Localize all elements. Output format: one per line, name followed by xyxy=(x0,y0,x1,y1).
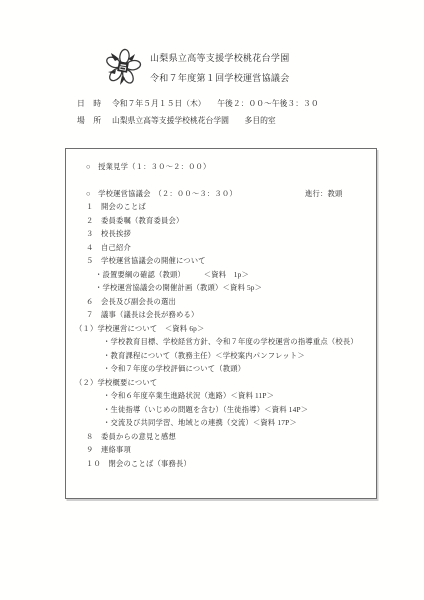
date-value: 令和７年５月１５日（木） 午後２：００～午後３：３０ xyxy=(112,99,319,108)
agenda-line-text: （２）学校概要について xyxy=(75,378,157,387)
agenda-line-text: ・令和６年度卒業生進路状況（進路）＜資料 11P＞ xyxy=(103,391,274,400)
agenda-box: ○ 授業見学（１：３０～２：００）○ 学校運営協議会 （２：００～３：３０）進行… xyxy=(65,148,377,499)
agenda-line-text: ・学校運営協議会の開催計画（教頭）＜資料 5p＞ xyxy=(95,283,262,292)
agenda-line-text: ・学校教育目標、学校経営方針、令和７年度の学校運営の指導重点（校長） xyxy=(103,337,358,346)
agenda-line-text: ４ 自己紹介 xyxy=(86,243,131,252)
agenda-line-text: ・令和７年度の学校評価について（教頭） xyxy=(103,364,245,373)
school-flower-emblem-icon xyxy=(104,45,142,91)
place-label: 場 所 xyxy=(77,112,112,129)
agenda-line: ・設置要綱の確認（教頭） ＜資料 1p＞ xyxy=(66,268,376,282)
agenda-line: ７ 議事（議長は会長が務める） xyxy=(66,308,376,322)
agenda-line-text: ３ 校長挨拶 xyxy=(86,229,131,238)
meta-place-row: 場 所山梨県立高等支援学校桃花台学園 多目的室 xyxy=(77,112,319,129)
agenda-line: ３ 校長挨拶 xyxy=(66,227,376,241)
agenda-line: ・令和７年度の学校評価について（教頭） xyxy=(66,362,376,376)
document-title-line-2: 令和７年度第１回学校運営協議会 xyxy=(150,68,290,88)
document-header: 山梨県立高等支援学校桃花台学園 令和７年度第１回学校運営協議会 xyxy=(104,45,290,91)
agenda-line-text: ○ 学校運営協議会 （２：００～３：３０） xyxy=(86,189,237,198)
agenda-line: ８ 委員からの意見と感想 xyxy=(66,430,376,444)
agenda-line: ２ 委員委嘱（教育委員会） xyxy=(66,214,376,228)
document-page: 山梨県立高等支援学校桃花台学園 令和７年度第１回学校運営協議会 日 時令和７年５… xyxy=(0,0,424,600)
agenda-line: ○ 授業見学（１：３０～２：００） xyxy=(66,160,376,174)
agenda-line: ・教育課程について（教務主任）＜学校案内パンフレット＞ xyxy=(66,349,376,363)
agenda-line: ４ 自己紹介 xyxy=(66,241,376,255)
document-title-line-1: 山梨県立高等支援学校桃花台学園 xyxy=(150,48,290,68)
place-value: 山梨県立高等支援学校桃花台学園 多目的室 xyxy=(112,116,276,125)
agenda-line-text: ・生徒指導（いじめの問題を含む）（生徒指導）＜資料 14P＞ xyxy=(103,405,308,414)
agenda-line: ・交流及び共同学習、地域との連携（交流）＜資料 17P＞ xyxy=(66,416,376,430)
agenda-line: ・学校教育目標、学校経営方針、令和７年度の学校運営の指導重点（校長） xyxy=(66,335,376,349)
agenda-line-text: ８ 委員からの意見と感想 xyxy=(86,432,176,441)
moderator-note: 進行：教頭 xyxy=(305,187,342,201)
agenda-line: １０ 閉会のことば（事務長） xyxy=(66,457,376,471)
agenda-line-text: ７ 議事（議長は会長が務める） xyxy=(86,310,198,319)
agenda-line: ・令和６年度卒業生進路状況（進路）＜資料 11P＞ xyxy=(66,389,376,403)
agenda-line: ○ 学校運営協議会 （２：００～３：３０）進行：教頭 xyxy=(66,187,376,201)
agenda-line-text: ５ 学校運営協議会の開催について xyxy=(86,256,206,265)
agenda-line-text: ・教育課程について（教務主任）＜学校案内パンフレット＞ xyxy=(103,351,305,360)
agenda-line-text: ２ 委員委嘱（教育委員会） xyxy=(86,216,183,225)
agenda-line-text: ９ 連絡事項 xyxy=(86,445,131,454)
agenda-line: ・学校運営協議会の開催計画（教頭）＜資料 5p＞ xyxy=(66,281,376,295)
date-label: 日 時 xyxy=(77,95,112,112)
agenda-line-text: １０ 閉会のことば（事務長） xyxy=(86,459,191,468)
meta-date-row: 日 時令和７年５月１５日（木） 午後２：００～午後３：３０ xyxy=(77,95,319,112)
agenda-line: １ 開会のことば xyxy=(66,200,376,214)
agenda-line-text: ・交流及び共同学習、地域との連携（交流）＜資料 17P＞ xyxy=(103,418,297,427)
agenda-line-text: ６ 会長及び副会長の選出 xyxy=(86,297,176,306)
agenda-line: （２）学校概要について xyxy=(66,376,376,390)
agenda-line: （１）学校運営について ＜資料 6p＞ xyxy=(66,322,376,336)
agenda-line-text: ・設置要綱の確認（教頭） ＜資料 1p＞ xyxy=(95,270,249,279)
document-title-block: 山梨県立高等支援学校桃花台学園 令和７年度第１回学校運営協議会 xyxy=(150,45,290,88)
meta-block: 日 時令和７年５月１５日（木） 午後２：００～午後３：３０ 場 所山梨県立高等支… xyxy=(77,95,319,129)
agenda-line: ５ 学校運営協議会の開催について xyxy=(66,254,376,268)
agenda-line: ６ 会長及び副会長の選出 xyxy=(66,295,376,309)
agenda-line-text: （１）学校運営について ＜資料 6p＞ xyxy=(75,324,205,333)
agenda-line-text: ○ 授業見学（１：３０～２：００） xyxy=(86,162,211,171)
agenda-line-text: １ 開会のことば xyxy=(86,202,146,211)
agenda-line: ９ 連絡事項 xyxy=(66,443,376,457)
agenda-line: ・生徒指導（いじめの問題を含む）（生徒指導）＜資料 14P＞ xyxy=(66,403,376,417)
